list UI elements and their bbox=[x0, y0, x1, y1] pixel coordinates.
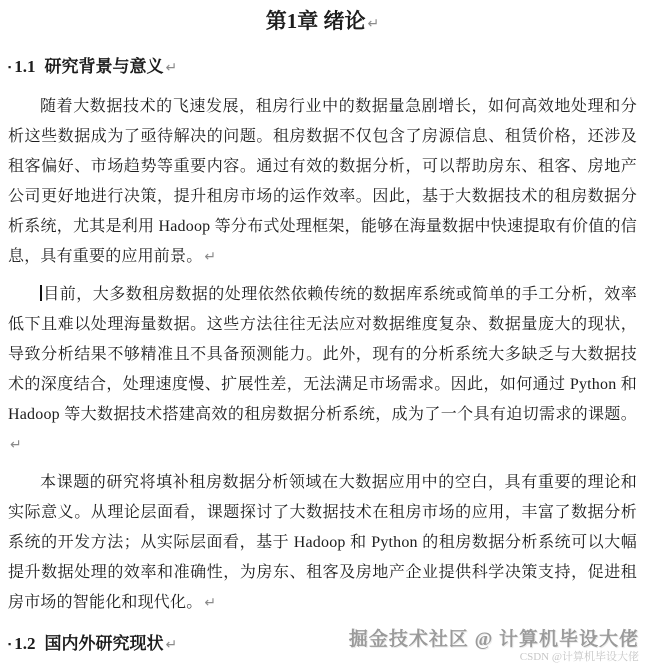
section-heading-1-1: ▪ 1.1 研究背景与意义 ↵ bbox=[8, 55, 637, 80]
body-paragraph-2: 目前，大多数租房数据的处理依然依赖传统的数据库系统或简单的手工分析，效率低下且难… bbox=[8, 280, 637, 460]
paragraph-mark: ↵ bbox=[165, 633, 177, 657]
section-heading-1-2: ▪ 1.2 国内外研究现状 ↵ bbox=[8, 632, 637, 657]
paragraph-mark: ↵ bbox=[204, 249, 216, 265]
paragraph-text: 目前，大多数租房数据的处理依然依赖传统的数据库系统或简单的手工分析，效率低下且难… bbox=[8, 286, 637, 423]
body-paragraph-3: 本课题的研究将填补租房数据分析领域在大数据应用中的空白，具有重要的理论和实际意义… bbox=[8, 468, 637, 618]
heading-bullet-icon: ▪ bbox=[8, 63, 11, 72]
paragraph-text: 随着大数据技术的飞速发展，租房行业中的数据量急剧增长，如何高效地处理和分析这些数… bbox=[8, 98, 637, 265]
section-title: 国内外研究现状 bbox=[44, 632, 163, 656]
heading-bullet-icon: ▪ bbox=[8, 640, 11, 649]
paragraph-mark: ↵ bbox=[10, 437, 22, 453]
chapter-title-row: 第1章 绪论↵ bbox=[8, 6, 637, 39]
section-number: 1.2 bbox=[14, 632, 35, 656]
document-page: 第1章 绪论↵ ▪ 1.1 研究背景与意义 ↵ 随着大数据技术的飞速发展，租房行… bbox=[0, 0, 645, 657]
paragraph-mark: ↵ bbox=[204, 595, 216, 611]
paragraph-mark: ↵ bbox=[368, 16, 380, 32]
body-paragraph-1: 随着大数据技术的飞速发展，租房行业中的数据量急剧增长，如何高效地处理和分析这些数… bbox=[8, 92, 637, 272]
chapter-title: 第1章 绪论 bbox=[266, 9, 366, 33]
paragraph-mark: ↵ bbox=[165, 56, 177, 80]
section-title: 研究背景与意义 bbox=[44, 55, 163, 79]
section-number: 1.1 bbox=[14, 55, 35, 79]
text-cursor bbox=[40, 285, 42, 301]
paragraph-text: 本课题的研究将填补租房数据分析领域在大数据应用中的空白，具有重要的理论和实际意义… bbox=[8, 474, 637, 611]
